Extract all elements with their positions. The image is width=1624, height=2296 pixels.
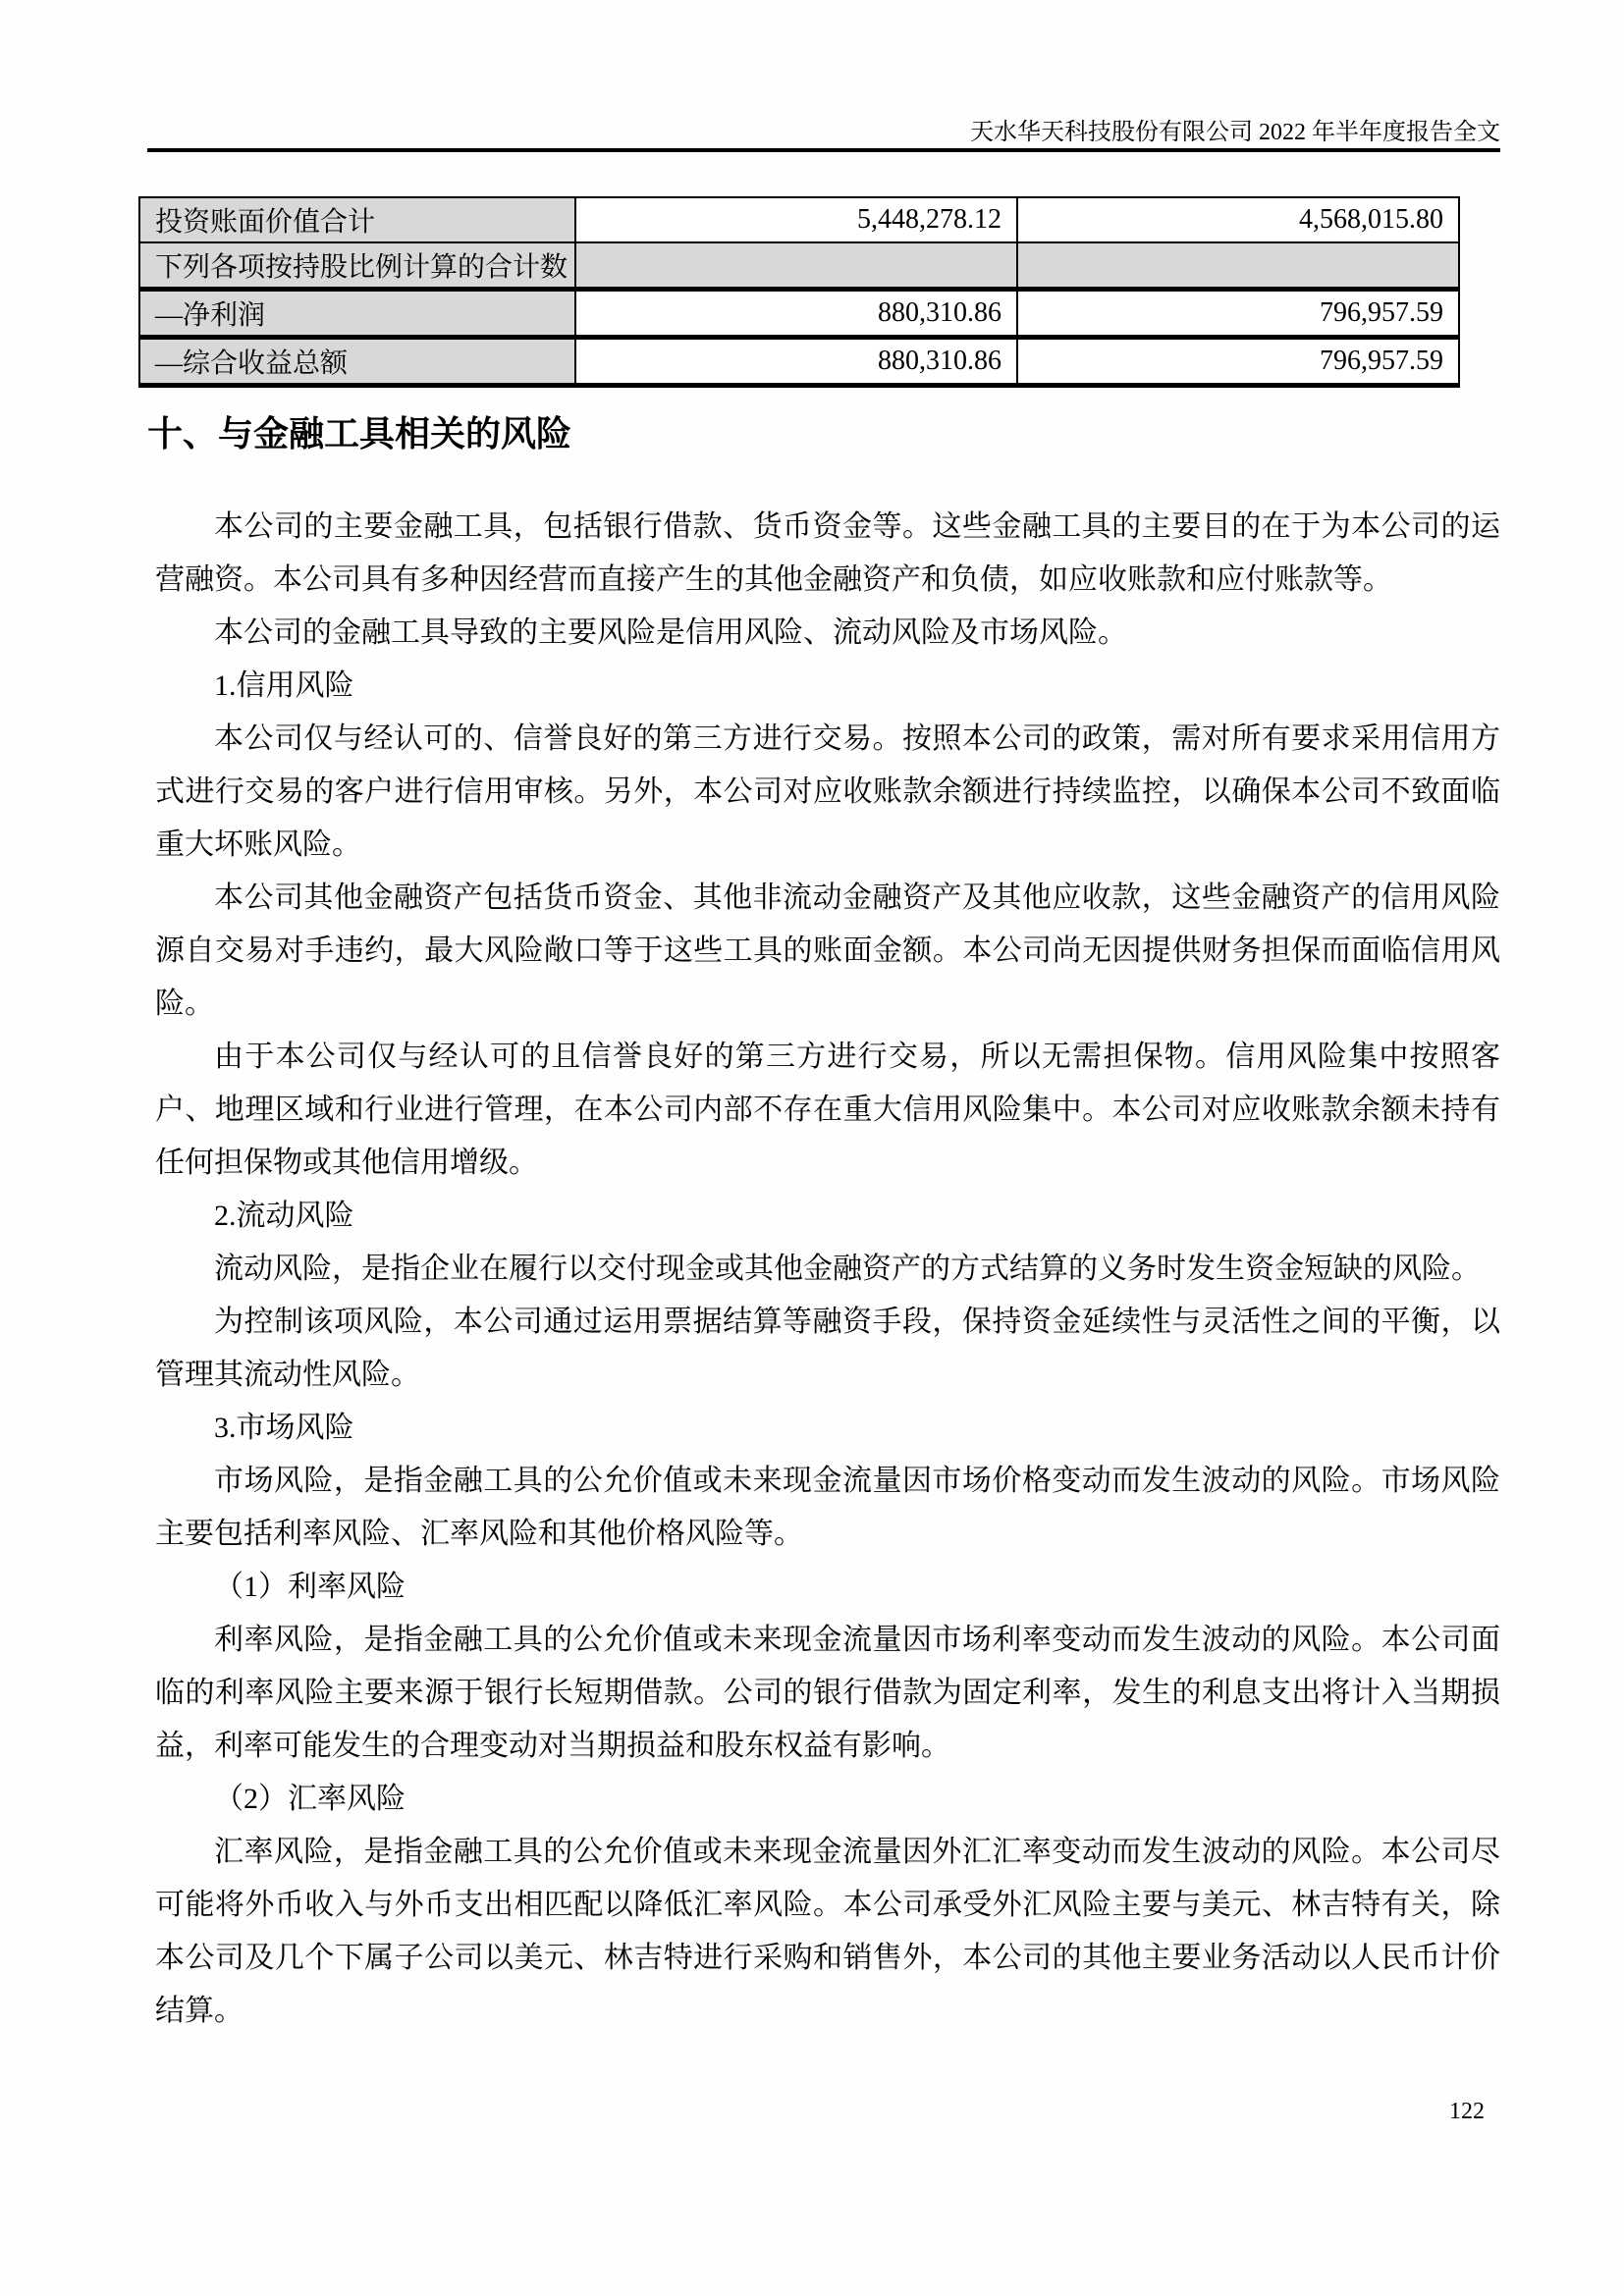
running-header: 天水华天科技股份有限公司 2022 年半年度报告全文 [147,118,1500,147]
row-label: 投资账面价值合计 [139,197,575,242]
row-value [1017,242,1459,290]
sub-heading: 3.市场风险 [155,1402,1500,1455]
sub-heading: （1）利率风险 [155,1561,1500,1614]
table-row: —净利润 880,310.86 796,957.59 [139,290,1459,338]
sub-heading: 2.流动风险 [155,1190,1500,1243]
page-number: 122 [1449,2097,1485,2126]
row-value [575,242,1017,290]
header-rule [147,148,1500,152]
sub-heading: （2）汇率风险 [155,1773,1500,1826]
paragraph: 汇率风险，是指金融工具的公允价值或未来现金流量因外汇汇率变动而发生波动的风险。本… [155,1826,1500,2038]
paragraph: 本公司仅与经认可的、信誉良好的第三方进行交易。按照本公司的政策，需对所有要求采用… [155,713,1500,872]
table-row: 下列各项按持股比例计算的合计数 [139,242,1459,290]
table-row: 投资账面价值合计 5,448,278.12 4,568,015.80 [139,197,1459,242]
row-label: —综合收益总额 [139,338,575,386]
paragraph: 本公司的金融工具导致的主要风险是信用风险、流动风险及市场风险。 [155,607,1500,660]
row-value: 796,957.59 [1017,290,1459,338]
row-value: 4,568,015.80 [1017,197,1459,242]
row-label: 下列各项按持股比例计算的合计数 [139,242,575,290]
row-label: —净利润 [139,290,575,338]
paragraph: 本公司其他金融资产包括货币资金、其他非流动金融资产及其他应收款，这些金融资产的信… [155,872,1500,1031]
table-row: —综合收益总额 880,310.86 796,957.59 [139,338,1459,386]
sub-heading: 1.信用风险 [155,660,1500,713]
section-body: 本公司的主要金融工具，包括银行借款、货币资金等。这些金融工具的主要目的在于为本公… [155,501,1500,2038]
paragraph: 本公司的主要金融工具，包括银行借款、货币资金等。这些金融工具的主要目的在于为本公… [155,501,1500,607]
row-value: 880,310.86 [575,290,1017,338]
investment-summary-table: 投资账面价值合计 5,448,278.12 4,568,015.80 下列各项按… [138,196,1460,388]
paragraph: 流动风险，是指企业在履行以交付现金或其他金融资产的方式结算的义务时发生资金短缺的… [155,1243,1500,1296]
paragraph: 市场风险，是指金融工具的公允价值或未来现金流量因市场价格变动而发生波动的风险。市… [155,1455,1500,1561]
report-page: 天水华天科技股份有限公司 2022 年半年度报告全文 投资账面价值合计 5,44… [0,0,1624,2296]
section-title: 十、与金融工具相关的风险 [147,412,571,455]
row-value: 880,310.86 [575,338,1017,386]
row-value: 796,957.59 [1017,338,1459,386]
paragraph: 为控制该项风险，本公司通过运用票据结算等融资手段，保持资金延续性与灵活性之间的平… [155,1296,1500,1402]
paragraph: 由于本公司仅与经认可的且信誉良好的第三方进行交易，所以无需担保物。信用风险集中按… [155,1031,1500,1190]
paragraph: 利率风险，是指金融工具的公允价值或未来现金流量因市场利率变动而发生波动的风险。本… [155,1614,1500,1773]
row-value: 5,448,278.12 [575,197,1017,242]
